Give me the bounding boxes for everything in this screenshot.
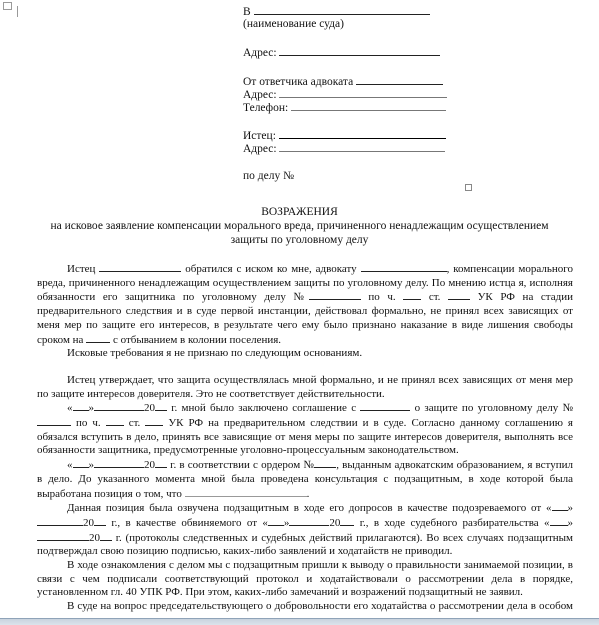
day-blank[interactable] [73,458,89,468]
paragraph-objection: Исковые требования я не признаю по следу… [37,347,573,361]
phone-field[interactable] [291,100,446,111]
day-blank[interactable] [550,516,568,526]
paragraph-case-review: В ходе ознакомления с делом мы с подзащи… [37,559,573,600]
document-heading: ВОЗРАЖЕНИЯ [0,205,599,219]
lawyer-address-field[interactable] [279,87,447,98]
month-blank[interactable] [37,531,89,541]
article-blank[interactable] [145,416,163,426]
month-blank[interactable] [37,516,83,526]
year-blank[interactable] [155,458,167,468]
case-number-blank[interactable] [37,416,71,426]
case-number-line: по делу № [243,169,294,183]
object-anchor-icon [465,184,472,191]
day-blank[interactable] [268,516,284,526]
position-blank[interactable] [185,487,307,497]
client-blank[interactable] [360,401,410,411]
month-blank[interactable] [289,516,329,526]
plaintiff-address-line: Адрес: [243,141,445,156]
day-blank[interactable] [552,501,568,511]
text-cursor [17,6,18,17]
paragraph-claim: Истец обратился с иском ко мне, адвокату… [37,262,573,347]
paragraph-order: «»20 г. в соответствии с ордером №, выда… [37,458,573,501]
document-subtitle-1: на исковое заявление компенсации моральн… [0,219,599,233]
year-blank[interactable] [94,516,106,526]
court-caption: (наименование суда) [243,17,344,31]
document-body[interactable]: Истец обратился с иском ко мне, адвокату… [37,262,573,625]
paragraph-statement: Истец утверждает, что защита осуществлял… [37,374,573,401]
paragraph-interrogations: Данная позиция была озвучена подзащитным… [37,501,573,559]
term-blank[interactable] [86,333,110,343]
month-blank[interactable] [94,458,144,468]
court-name-field[interactable] [254,4,430,15]
plaintiff-address-field[interactable] [279,141,445,152]
year-blank[interactable] [100,531,112,541]
lawyer-name-field[interactable] [356,74,443,85]
part-blank[interactable] [403,290,421,300]
paragraph-agreement: «»20 г. мной было заключено соглашение с… [37,401,573,458]
day-blank[interactable] [73,401,89,411]
window-bottom-edge [0,618,599,625]
article-blank[interactable] [448,290,470,300]
part-blank[interactable] [106,416,124,426]
plaintiff-field[interactable] [279,128,446,139]
plaintiff-blank[interactable] [99,262,181,272]
court-address-field[interactable] [279,45,440,56]
case-number-blank[interactable] [309,290,361,300]
month-blank[interactable] [94,401,144,411]
year-blank[interactable] [340,516,354,526]
lawyer-blank[interactable] [361,262,447,272]
order-number-blank[interactable] [314,458,336,468]
court-address-line: Адрес: [243,45,440,60]
phone-line: Телефон: [243,100,446,115]
page-corner-marker-icon [3,2,12,10]
year-blank[interactable] [155,401,167,411]
document-page[interactable]: В (наименование суда) Адрес: От ответчик… [0,0,599,618]
document-subtitle-2: защиты по уголовному делу [0,233,599,247]
